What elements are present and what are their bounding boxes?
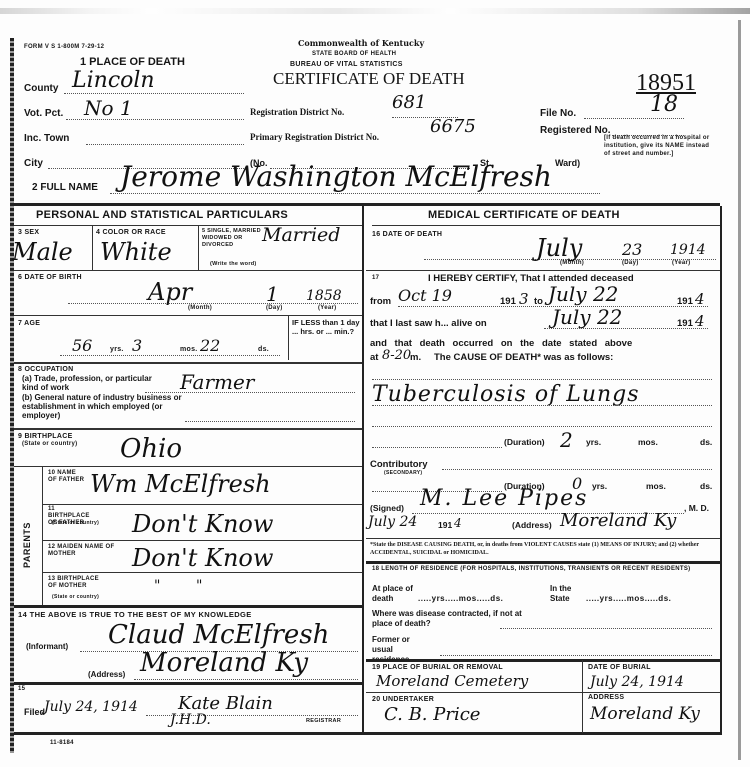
marital-value: Married (262, 224, 340, 246)
from-year-prefix: 191 (500, 296, 516, 307)
cause-text: The CAUSE OF DEATH* was as follows: (434, 352, 613, 363)
form-code: FORM V S 1-800M 7-29-12 (24, 44, 104, 50)
burial-date-label: DATE OF BURIAL (588, 664, 651, 671)
sex-race-divider (92, 225, 93, 270)
right-border (738, 20, 741, 760)
age-days: 22 (200, 336, 220, 355)
father-birthplace-value: Don't Know (132, 510, 273, 538)
registered-no-label: Registered No. (540, 125, 611, 136)
in-state-units: .....yrs.....mos.....ds. (586, 594, 671, 603)
in-state-label: In the State (550, 584, 590, 604)
duration2-yrs-label: yrs. (592, 481, 607, 491)
center-divider (362, 206, 364, 733)
header-divider (14, 203, 720, 206)
burial-place-label: 19 PLACE OF BURIAL OR REMOVAL (372, 664, 503, 671)
inc-town-line (86, 143, 244, 145)
occupation-a-value: Farmer (180, 370, 254, 394)
dob-label: 6 DATE OF BIRTH (18, 274, 82, 281)
contracted-label: Where was disease contracted, if not at … (372, 609, 542, 629)
row-rule-12 (14, 682, 362, 685)
left-border (10, 38, 14, 753)
dob-year: 1858 (306, 288, 342, 304)
footer-code: 11-8184 (50, 740, 74, 746)
dod-year-label: (Year) (672, 260, 690, 266)
row-rule-6 (14, 428, 362, 430)
filed-num: 15 (18, 686, 25, 692)
duration2-ds-label: ds. (700, 481, 712, 491)
mother-birthplace-label: 13 BIRTHPLACE OF MOTHER (48, 576, 108, 590)
to-label: to (534, 296, 543, 307)
marital-note: (Write the word) (210, 261, 257, 267)
age-months: 3 (132, 336, 142, 355)
duration-yrs-label: yrs. (586, 437, 601, 447)
from-year-value: 3 (519, 290, 529, 308)
informant-address-line (134, 678, 358, 680)
birthplace-note: (State or country) (22, 441, 77, 447)
file-no-line (584, 117, 684, 119)
mother-maiden-label: 12 MAIDEN NAME OF MOTHER (48, 544, 128, 558)
last-saw-year-prefix: 191 (677, 318, 693, 329)
registrar-sub: J.H.D. (170, 712, 211, 728)
secondary-label: (SECONDARY) (384, 470, 422, 476)
mother-birthplace-value: " " (154, 578, 202, 594)
med-rule-4 (366, 659, 720, 662)
informant-address-value: Moreland Ky (140, 648, 308, 678)
med-rule-3 (366, 561, 720, 564)
age-mos-label: mos. (180, 346, 198, 353)
dob-day-label: (Day) (266, 305, 283, 311)
vot-pct-label: Vot. Pct. (24, 108, 63, 119)
informant-address-label: (Address) (88, 670, 125, 679)
residence-heading: 18 LENGTH OF RESIDENCE (FOR HOSPITALS, I… (372, 565, 716, 573)
to-year-prefix: 191 (677, 296, 693, 307)
reg-district-value: 681 (392, 92, 426, 113)
marital-label: 5 SINGLE, MARRIED WIDOWED OR DIVORCED (202, 228, 262, 249)
death-certificate-scan: FORM V S 1-800M 7-29-12 1 PLACE OF DEATH… (0, 0, 750, 767)
duration-mos-label: mos. (638, 437, 658, 447)
duration2-mos-label: mos. (646, 481, 666, 491)
primary-reg-label: Primary Registration District No. (250, 132, 379, 142)
registered-no-value: 18 (650, 92, 678, 117)
full-name-value: Jerome Washington McElfresh (120, 160, 552, 193)
row-rule-4 (14, 315, 362, 316)
full-name-label: 2 FULL NAME (32, 182, 98, 193)
m-label: m. (410, 352, 421, 363)
age-divider (288, 315, 289, 360)
burial-date-value: July 24, 1914 (590, 674, 684, 690)
former-line (440, 654, 712, 656)
mother-maiden-value: Don't Know (132, 544, 273, 572)
medical-heading-rule (372, 225, 720, 226)
filed-label: Filed (24, 707, 45, 717)
sex-label: 3 SEX (18, 229, 39, 236)
at-place-label: At place of death (372, 584, 422, 604)
parents-label: PARENTS (22, 522, 32, 568)
institution-note: [If death occurred in a hospital or inst… (604, 134, 710, 158)
occupation-b-line (185, 420, 355, 422)
birthplace-label: 9 BIRTHPLACE (18, 433, 73, 440)
from-value: Oct 19 (398, 286, 452, 305)
cause-line-2 (372, 404, 712, 406)
address-label: (Address) (512, 520, 552, 530)
undertaker-label: 20 UNDERTAKER (372, 696, 434, 703)
scan-edge-smear (0, 8, 750, 14)
race-value: White (100, 238, 172, 266)
last-saw-value: July 22 (552, 305, 622, 329)
signed-year-prefix: 191 (438, 520, 452, 530)
contracted-line (500, 627, 712, 629)
certify-num: 17 (372, 275, 379, 281)
informant-label: (Informant) (26, 642, 68, 651)
age-label: 7 AGE (18, 320, 40, 327)
to-value: July 22 (548, 282, 618, 306)
cause-line-3 (372, 425, 712, 427)
board-text: STATE BOARD OF HEALTH (312, 51, 396, 57)
last-saw-year-value: 4 (695, 312, 705, 330)
filed-value: July 24, 1914 (44, 699, 138, 715)
birthplace-value: Ohio (120, 434, 182, 464)
registrar-value: Kate Blain (178, 693, 273, 714)
dod-label: 16 DATE OF DEATH (372, 231, 442, 238)
row-rule-9 (42, 540, 362, 541)
signed-label: (Signed) (370, 503, 404, 513)
med-rule-2 (366, 538, 720, 539)
dod-month-label: (Month) (560, 260, 584, 266)
at-place-units: .....yrs.....mos.....ds. (418, 594, 503, 603)
reg-district-label: Registration District No. (250, 107, 344, 117)
contributory-label: Contributory (370, 459, 428, 470)
age-years: 56 (72, 336, 92, 355)
county-label: County (24, 83, 58, 94)
duration-years: 2 (560, 428, 573, 452)
dod-day: 23 (622, 240, 642, 259)
race-label: 4 COLOR OR RACE (96, 229, 166, 236)
med-rule-1 (366, 270, 720, 271)
cause-line-1 (372, 378, 712, 380)
signed-value: M. Lee Pipes (420, 486, 588, 511)
to-year-value: 4 (695, 290, 705, 308)
file-no-label: File No. (540, 108, 576, 119)
md-label: , M. D. (684, 503, 709, 513)
contributory-line (442, 468, 712, 470)
address-value: Moreland Ky (560, 510, 676, 531)
undertaker-value: C. B. Price (384, 704, 480, 725)
row-rule-7 (14, 466, 362, 467)
dob-month-label: (Month) (188, 305, 212, 311)
place-of-death-label: 1 PLACE OF DEATH (80, 56, 185, 68)
at-label: at (370, 352, 378, 363)
row-rule-3 (14, 270, 362, 271)
form-bottom-rule (14, 732, 722, 735)
county-value: Lincoln (72, 68, 155, 93)
primary-reg-value: 6675 (430, 116, 476, 137)
row-rule-11 (14, 605, 362, 608)
duration-line (372, 446, 502, 448)
last-saw-label: that I last saw h... alive on (370, 318, 487, 329)
vot-pct-value: No 1 (84, 96, 133, 120)
father-birthplace-note: (State or country) (52, 520, 99, 526)
burial-place-value: Moreland Cemetery (376, 672, 528, 690)
commonwealth-text: Commonwealth of Kentucky (298, 38, 424, 48)
row-rule-8 (42, 504, 362, 505)
signed-year-value: 4 (454, 516, 462, 530)
occupation-a-label: (a) Trade, profession, or particular kin… (22, 374, 162, 392)
med-rule-5 (366, 692, 720, 693)
father-name-label: 10 NAME OF FATHER (48, 470, 86, 484)
right-form-border (720, 206, 722, 733)
age-line (60, 354, 280, 356)
bureau-text: BUREAU OF VITAL STATISTICS (290, 61, 403, 68)
inc-town-label: Inc. Town (24, 133, 69, 144)
personal-heading: PERSONAL AND STATISTICAL PARTICULARS (36, 209, 288, 221)
father-name-value: Wm McElfresh (90, 470, 271, 498)
race-marital-divider (198, 225, 199, 270)
from-label: from (370, 296, 391, 307)
informant-value: Claud McElfresh (108, 620, 329, 650)
medical-heading: MEDICAL CERTIFICATE OF DEATH (428, 209, 620, 221)
duration-label: (Duration) (504, 437, 545, 447)
undertaker-address-label: ADDRESS (588, 694, 624, 701)
signed-date: July 24 (368, 514, 417, 530)
row-rule-5 (14, 362, 362, 364)
dod-month: July (536, 234, 582, 262)
duration-ds-label: ds. (700, 437, 712, 447)
age-ds-label: ds. (258, 346, 269, 353)
mother-birthplace-note: (State or country) (52, 594, 99, 600)
undertaker-address-value: Moreland Ky (590, 704, 700, 724)
parents-divider (42, 466, 43, 606)
ward-label: Ward) (555, 158, 580, 168)
at-value: 8-20 (382, 348, 411, 363)
occupation-label: 8 OCCUPATION (18, 366, 73, 373)
dod-year: 1914 (670, 242, 706, 258)
dob-month: Apr (148, 278, 192, 306)
registrar-label: REGISTRAR (306, 718, 341, 724)
occupation-b-label: (b) General nature of industry business … (22, 393, 192, 420)
certificate-title: CERTIFICATE OF DEATH (273, 69, 465, 89)
less-than-day-text: IF LESS than 1 day ... hrs. or ... min.? (292, 318, 362, 336)
sex-value: Male (12, 238, 73, 266)
dob-day: 1 (266, 282, 279, 306)
footnote-text: *State the DISEASE CAUSING DEATH, or, in… (370, 541, 718, 557)
age-yrs-label: yrs. (110, 346, 124, 353)
city-label: City (24, 158, 43, 169)
informant-heading: 14 THE ABOVE IS TRUE TO THE BEST OF MY K… (18, 610, 252, 619)
dob-year-label: (Year) (318, 305, 336, 311)
row-rule-10 (42, 572, 362, 573)
dod-day-label: (Day) (622, 260, 639, 266)
burial-divider (582, 660, 583, 733)
